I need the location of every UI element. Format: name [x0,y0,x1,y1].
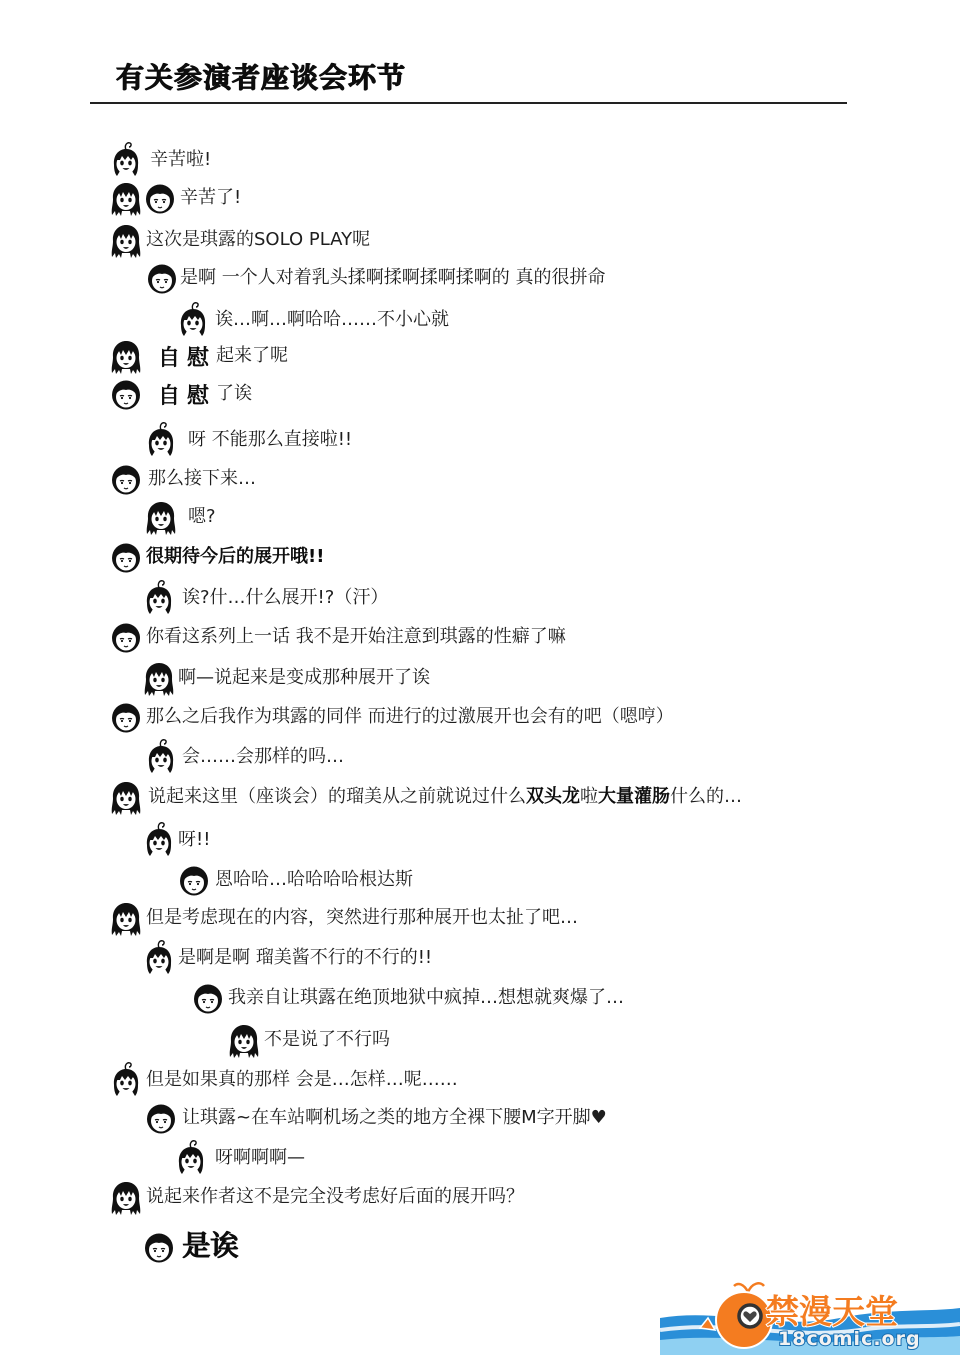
avatar-bob-icon [146,259,178,297]
avatar-ahoge-icon [175,1139,207,1177]
avatar-bob-icon [143,1228,175,1266]
dialogue-line: 辛苦了! [0,179,960,217]
dialogue-line: 自慰 起来了呢 [0,337,960,375]
dialogue-text: 很期待今后的展开哦!! [146,546,324,568]
dialogue-text: 让琪露~在车站啊机场之类的地方全裸下腰M字开脚♥ [182,1107,607,1129]
dialogue-text: 说起来这里（座谈会）的瑠美从之前就说过什么双头龙啦大量灌肠什么的… [148,786,742,808]
dialogue-line: 这次是琪露的SOLO PLAY呢 [0,221,960,259]
dialogue-line: 辛苦啦! [0,141,960,179]
page-title: 有关参演者座谈会环节 [116,56,406,96]
dialogue-text: 这次是琪露的SOLO PLAY呢 [146,229,370,251]
avatar-ahoge-icon [145,421,177,459]
text-segment: 啦 [580,786,598,807]
title-divider [90,102,847,104]
avatar-bob-icon [110,618,142,656]
emphasis-text: 自慰 [158,379,216,410]
dialogue-text: 呀啊啊啊— [215,1147,305,1169]
text-segment: 什么的… [670,786,742,807]
avatar-long-hair-icon [228,1021,260,1059]
dialogue-line: 会……会那样的吗… [0,738,960,776]
dialogue-line: 但是考虑现在的内容，突然进行那种展开也太扯了吧… [0,899,960,937]
dialogue-text: 但是如果真的那样 会是…怎样…呢…… [146,1069,458,1091]
avatar-ahoge-icon [110,1061,142,1099]
dialogue-line: 呀啊啊啊— [0,1139,960,1177]
avatar-bob-icon [145,1099,177,1137]
dialogue-text: 说起来作者这不是完全没考虑好后面的展开吗？ [146,1186,524,1208]
dialogue-text: 辛苦啦! [150,149,211,171]
avatar-ahoge-icon [143,579,175,617]
avatar-long-hair-icon [110,221,142,259]
avatar-bob-icon [192,979,224,1017]
avatar-long-hair-icon [110,337,142,375]
dialogue-line: 你看这系列上一话 我不是开始注意到琪露的性癖了嘛 [0,618,960,656]
dialogue-text: 那么之后我作为琪露的同伴 而进行的过激展开也会有的吧（嗯哼） [146,706,674,728]
dialogue-line: 那么接下来… [0,460,960,498]
dialogue-text: 会……会那样的吗… [182,746,344,768]
dialogue-text-large: 是诶 [182,1230,238,1262]
dialogue-line: 呀 不能那么直接啦!! [0,421,960,459]
dialogue-line: 自慰 了诶 [0,375,960,413]
dialogue-text: 恩哈哈…哈哈哈哈根达斯 [215,869,413,891]
text-segment: 说起来这里（座谈会）的瑠美从之前就说过什么 [148,786,526,807]
avatar-long-hair-icon [110,179,142,217]
watermark-name: 禁漫天堂 [766,1292,898,1331]
dialogue-line: 啊—说起来是变成那种展开了诶 [0,659,960,697]
dialogue-line: 诶…啊…啊哈哈……不小心就 [0,301,960,339]
dialogue-line: 说起来作者这不是完全没考虑好后面的展开吗？ [0,1178,960,1216]
avatar-bob-icon [110,460,142,498]
dialogue-line: 我亲自让琪露在绝顶地狱中疯掉…想想就爽爆了… [0,979,960,1017]
dialogue-line: 嗯? [0,498,960,536]
avatar-long-hair-icon [110,899,142,937]
emphasis-text: 自慰 [158,341,216,372]
dialogue-text: 呀 不能那么直接啦!! [188,429,352,451]
dialogue-text: 起来了呢 [216,345,288,367]
dialogue-line: 是诶 [0,1228,960,1266]
avatar-ahoge-icon [110,141,142,179]
watermark-site: 18comic.org [778,1328,921,1350]
dialogue-line: 是啊 一个人对着乳头揉啊揉啊揉啊揉啊的 真的很拼命 [0,259,960,297]
dialogue-text: 了诶 [216,383,252,405]
dialogue-text: 呀!! [178,829,210,851]
avatar-ahoge-icon [177,301,209,339]
dialogue-text: 那么接下来… [148,468,256,490]
dialogue-text: 辛苦了! [180,187,241,209]
avatar-long-hair-icon [110,778,142,816]
dialogue-text: 诶…啊…啊哈哈……不小心就 [215,309,449,331]
dialogue-text: 不是说了不行吗 [264,1029,390,1051]
dialogue-line: 是啊是啊 瑠美酱不行的不行的!! [0,939,960,977]
avatar-long-hair-icon [145,498,177,536]
dialogue-line: 那么之后我作为琪露的同伴 而进行的过激展开也会有的吧（嗯哼） [0,698,960,736]
dialogue-line: 但是如果真的那样 会是…怎样…呢…… [0,1061,960,1099]
avatar-bob-icon [178,861,210,899]
dialogue-text: 是啊 一个人对着乳头揉啊揉啊揉啊揉啊的 真的很拼命 [180,267,605,289]
dialogue-line: 让琪露~在车站啊机场之类的地方全裸下腰M字开脚♥ [0,1099,960,1137]
dialogue-line: 不是说了不行吗 [0,1021,960,1059]
dialogue-line: 恩哈哈…哈哈哈哈根达斯 [0,861,960,899]
dialogue-text: 是啊是啊 瑠美酱不行的不行的!! [178,947,432,969]
avatar-bob-icon [110,538,142,576]
dialogue-text: 你看这系列上一话 我不是开始注意到琪露的性癖了嘛 [146,626,566,648]
watermark-logo: 禁漫天堂 18comic.org [660,1278,960,1355]
avatar-ahoge-icon [143,939,175,977]
avatar-ahoge-icon [143,821,175,859]
dialogue-text: 但是考虑现在的内容，突然进行那种展开也太扯了吧… [146,907,578,929]
dialogue-text: 啊—说起来是变成那种展开了诶 [178,667,430,689]
dialogue-line: 很期待今后的展开哦!! [0,538,960,576]
avatar-bob-icon [110,375,142,413]
avatar-long-hair-icon [143,659,175,697]
dialogue-text: 诶?什…什么展开!?（汗） [182,587,388,609]
avatar-long-hair-icon [110,1178,142,1216]
bold-segment: 双头龙 [526,786,580,807]
avatar-bob-icon [110,698,142,736]
dialogue-text: 嗯? [188,506,216,528]
dialogue-text: 我亲自让琪露在绝顶地狱中疯掉…想想就爽爆了… [228,987,624,1009]
avatar-bob-icon [144,179,176,217]
dialogue-line: 呀!! [0,821,960,859]
bold-segment: 大量灌肠 [598,786,670,807]
dialogue-line: 说起来这里（座谈会）的瑠美从之前就说过什么双头龙啦大量灌肠什么的… [0,778,960,816]
dialogue-line: 诶?什…什么展开!?（汗） [0,579,960,617]
avatar-ahoge-icon [145,738,177,776]
